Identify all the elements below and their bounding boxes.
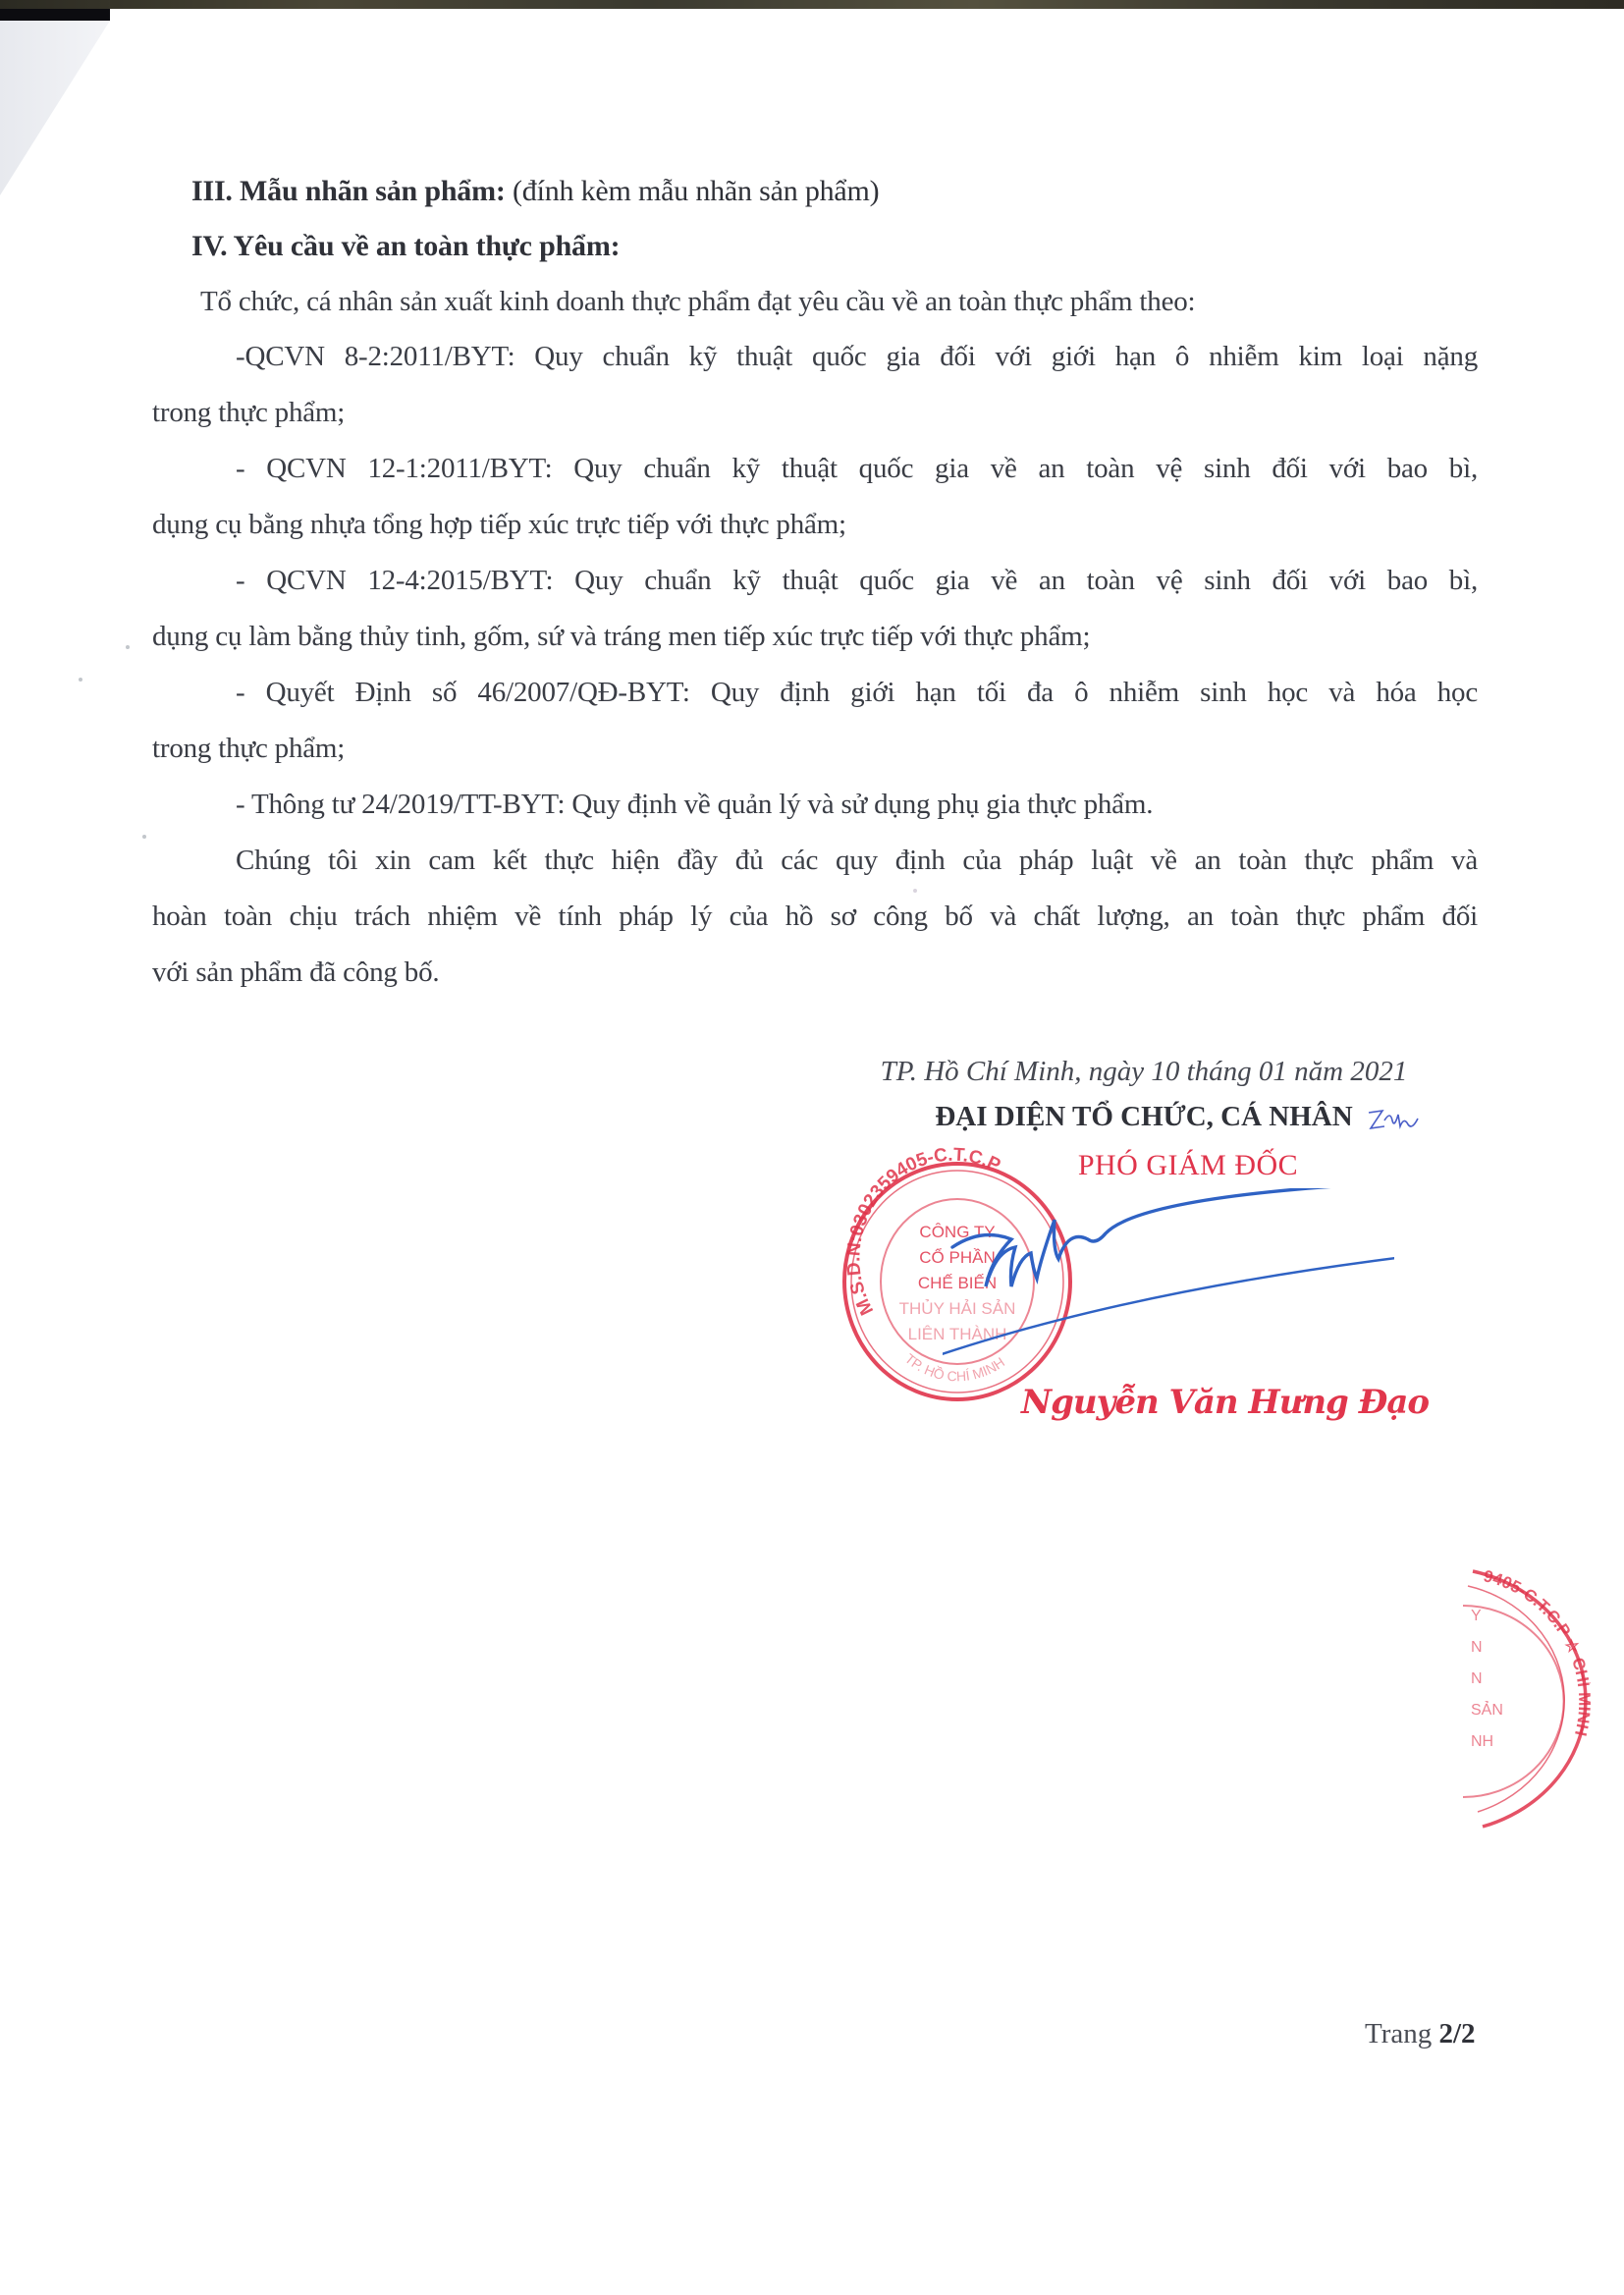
svg-text:Y: Y (1471, 1608, 1482, 1624)
scan-speck (79, 678, 82, 682)
commitment-line: với sản phẩm đã công bố. (152, 956, 1478, 989)
partial-seal-inner-text: YNNSẢNNH (1471, 1608, 1503, 1750)
section-heading-iii: III. Mẫu nhãn sản phẩm: (đính kèm mẫu nh… (191, 175, 1517, 208)
handwritten-initials-icon (1365, 1105, 1424, 1134)
regulation-item: -QCVN 8-2:2011/BYT: Quy chuẩn kỹ thuật q… (236, 340, 1478, 373)
regulation-item-cont: dụng cụ làm bằng thủy tinh, gốm, sứ và t… (152, 620, 1478, 653)
page-number: Trang 2/2 (1365, 2018, 1476, 2050)
page-value: 2/2 (1438, 2018, 1475, 2049)
heading-text: IV. Yêu cầu về an toàn thực phẩm: (191, 230, 620, 262)
partial-seal-icon: 9405-C.T.C.P ☆ CHÍ MINH YNNSẢNNH (1463, 1561, 1591, 1836)
commitment-line: Chúng tôi xin cam kết thực hiện đầy đủ c… (236, 844, 1478, 877)
page-label: Trang (1365, 2018, 1438, 2049)
regulation-item-cont: trong thực phẩm; (152, 396, 1478, 429)
regulation-item: - QCVN 12-4:2015/BYT: Quy chuẩn kỹ thuật… (236, 564, 1478, 597)
svg-text:N: N (1471, 1639, 1483, 1656)
signer-organization: ĐẠI DIỆN TỔ CHỨC, CÁ NHÂN (830, 1101, 1458, 1133)
heading-text: III. Mẫu nhãn sản phẩm: (191, 175, 506, 207)
svg-text:N: N (1471, 1670, 1483, 1687)
svg-text:NH: NH (1471, 1733, 1493, 1750)
regulation-item-cont: dụng cụ bằng nhựa tổng hợp tiếp xúc trực… (152, 508, 1478, 541)
heading-note: (đính kèm mẫu nhãn sản phẩm) (506, 175, 880, 207)
signer-name: Nguyễn Văn Hưng Đạo (1021, 1383, 1355, 1422)
section-heading-iv: IV. Yêu cầu về an toàn thực phẩm: (191, 230, 1517, 263)
regulation-item-cont: trong thực phẩm; (152, 732, 1478, 765)
handwritten-signature-icon (943, 1188, 1394, 1414)
intro-paragraph: Tổ chức, cá nhân sản xuất kinh doanh thự… (200, 285, 1478, 318)
svg-text:SẢN: SẢN (1471, 1700, 1503, 1719)
regulation-item: - Quyết Định số 46/2007/QĐ-BYT: Quy định… (236, 676, 1478, 709)
document-page: III. Mẫu nhãn sản phẩm: (đính kèm mẫu nh… (0, 0, 1624, 2295)
place-date: TP. Hồ Chí Minh, ngày 10 tháng 01 năm 20… (830, 1056, 1458, 1088)
regulation-item: - QCVN 12-1:2011/BYT: Quy chuẩn kỹ thuật… (236, 452, 1478, 485)
signer-position: PHÓ GIÁM ĐỐC (992, 1149, 1384, 1182)
scan-speck (126, 645, 130, 649)
scan-speck (142, 835, 146, 839)
regulation-item: - Thông tư 24/2019/TT-BYT: Quy định về q… (236, 788, 1478, 821)
commitment-line: hoàn toàn chịu trách nhiệm về tính pháp … (152, 900, 1478, 933)
scan-speck (913, 889, 917, 893)
